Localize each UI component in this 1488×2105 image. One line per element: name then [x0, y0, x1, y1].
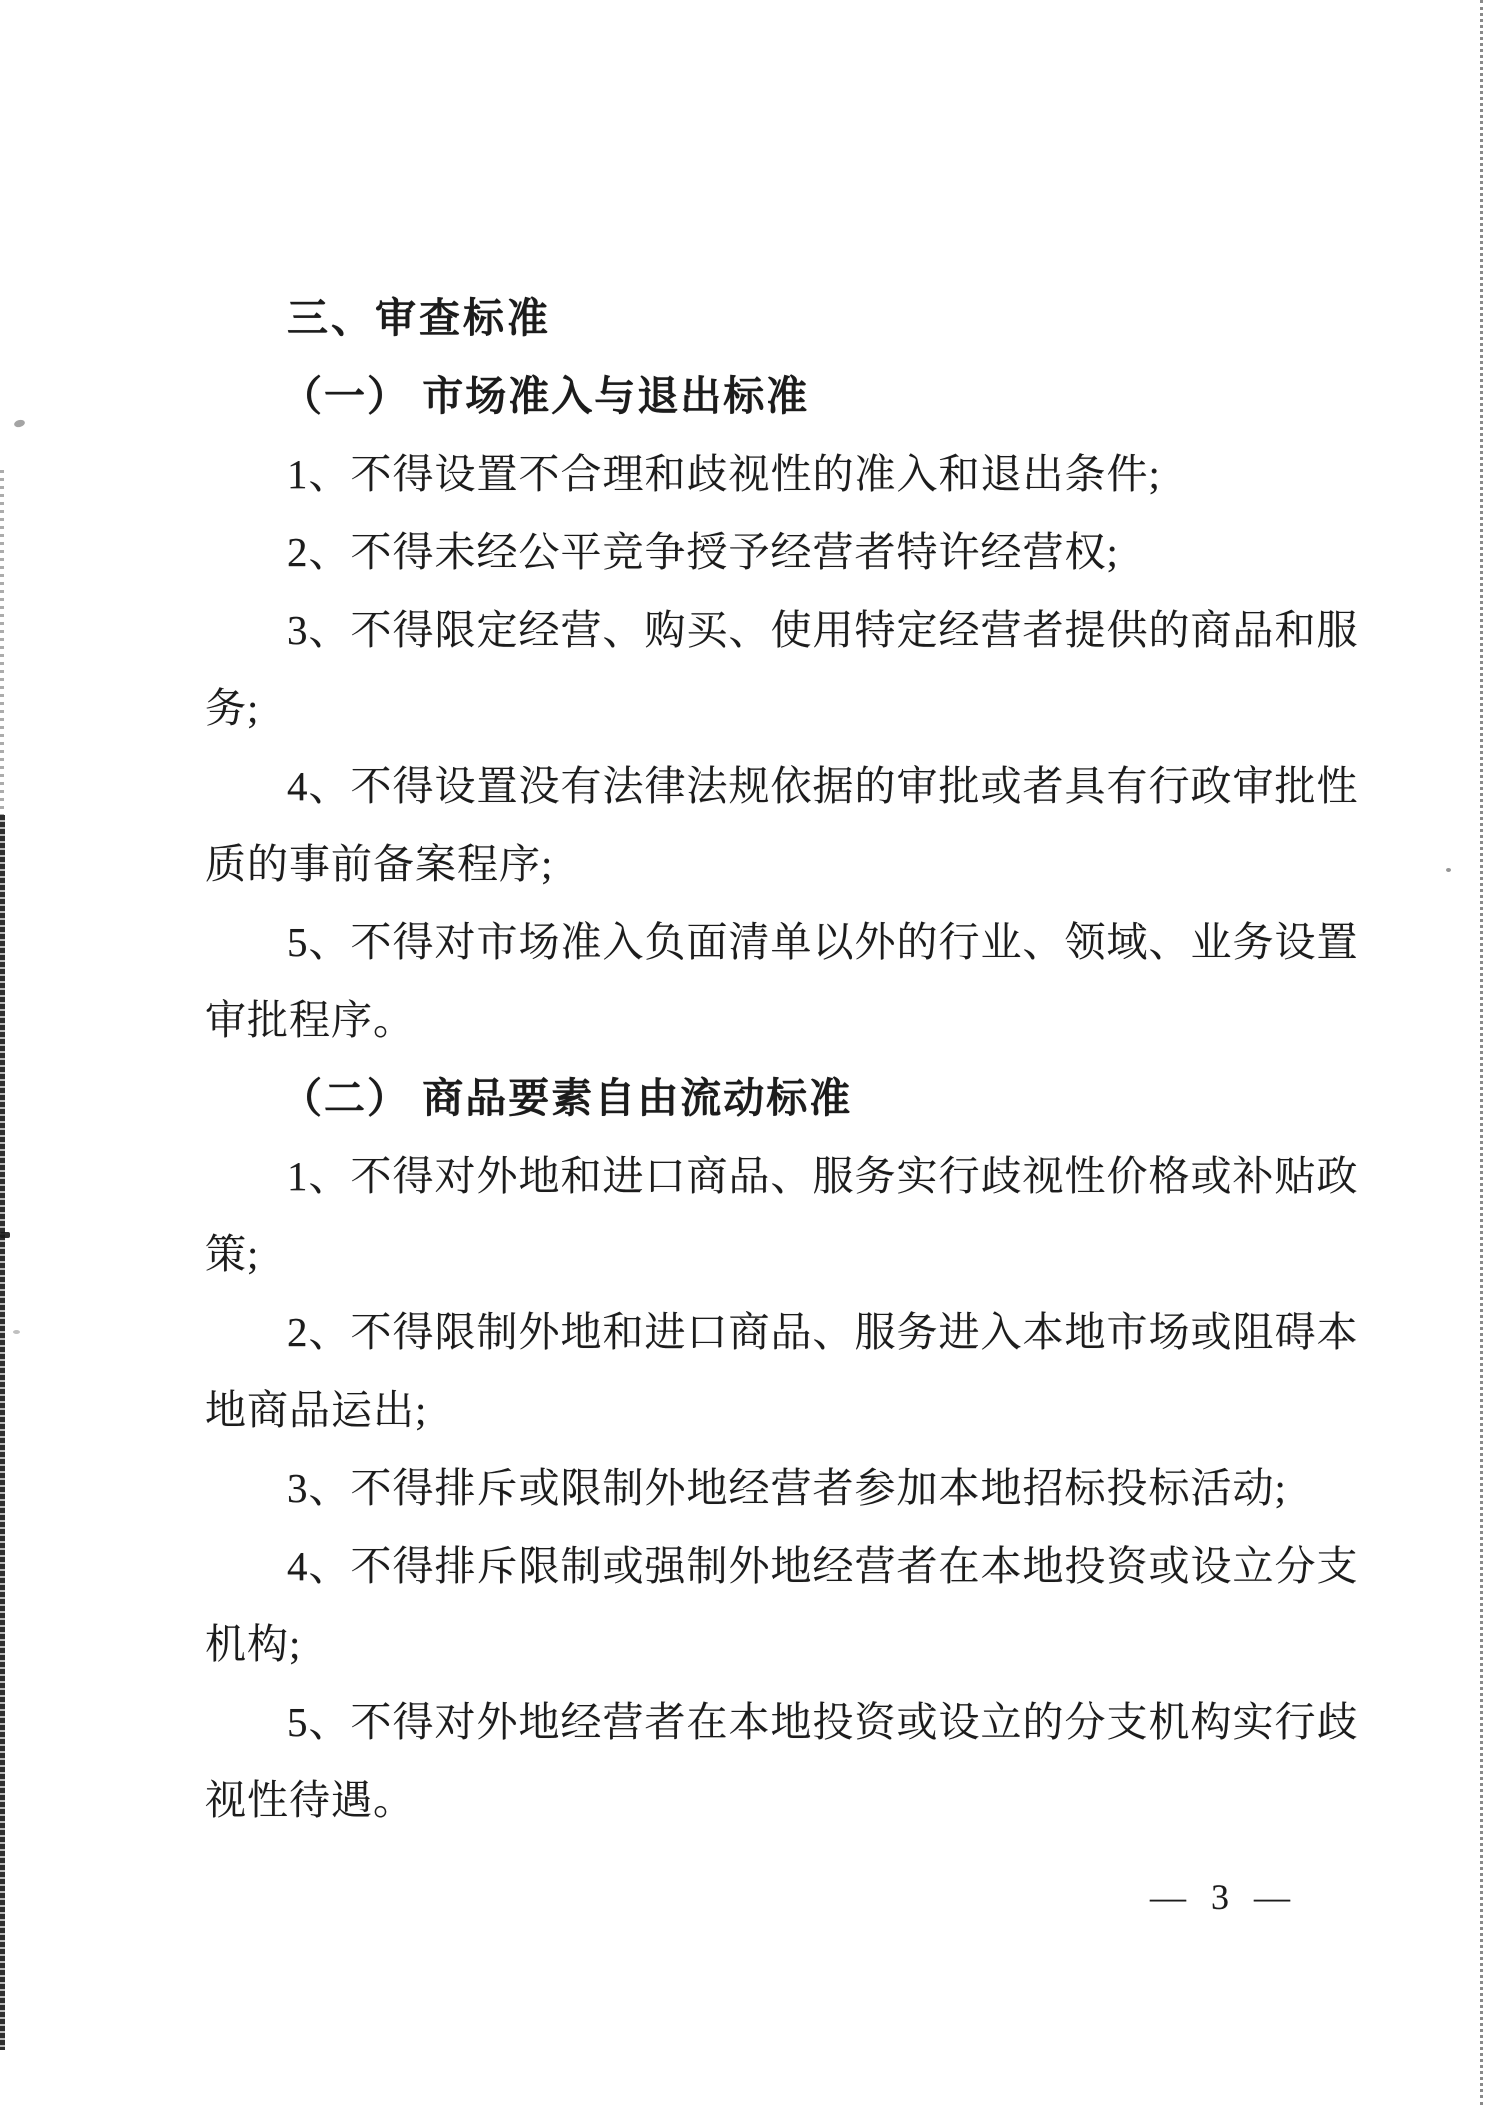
doc-line-s1-item2: 2、不得未经公平竞争授予经营者特许经营权; — [205, 513, 1365, 591]
document-text-block: 三、审查标准 （一） 市场准入与退出标准 1、不得设置不合理和歧视性的准入和退出… — [205, 279, 1365, 1839]
doc-line-s1-item4: 4、不得设置没有法律法规依据的审批或者具有行政审批性 — [205, 747, 1365, 825]
subsection-heading-2: （二） 商品要素自由流动标准 — [205, 1059, 1365, 1137]
scan-speck — [1446, 868, 1451, 872]
scan-speck — [13, 419, 25, 429]
page-number: — 3 — — [1150, 1876, 1298, 1918]
doc-line-s2-item3: 3、不得排斥或限制外地经营者参加本地招标投标活动; — [205, 1449, 1365, 1527]
doc-line-s1-item3-cont: 务; — [205, 669, 1365, 747]
scan-speck — [0, 1232, 10, 1238]
doc-line-s1-item4-cont: 质的事前备案程序; — [205, 825, 1365, 903]
doc-line-s2-item4: 4、不得排斥限制或强制外地经营者在本地投资或设立分支 — [205, 1527, 1365, 1605]
scan-artifact-left-edge-dark — [0, 815, 5, 2050]
scan-artifact-left-edge-light — [0, 470, 4, 815]
doc-line-s2-item4-cont: 机构; — [205, 1605, 1365, 1683]
doc-line-s2-item1-cont: 策; — [205, 1215, 1365, 1293]
scan-artifact-right-dotted-edge — [1480, 0, 1483, 2105]
doc-line-s2-item2-cont: 地商品运出; — [205, 1371, 1365, 1449]
doc-line-s2-item5-cont: 视性待遇。 — [205, 1761, 1365, 1839]
doc-line-s2-item2: 2、不得限制外地和进口商品、服务进入本地市场或阻碍本 — [205, 1293, 1365, 1371]
document-page: 三、审查标准 （一） 市场准入与退出标准 1、不得设置不合理和歧视性的准入和退出… — [0, 0, 1488, 2105]
doc-line-s1-item5: 5、不得对市场准入负面清单以外的行业、领域、业务设置 — [205, 903, 1365, 981]
doc-line-s1-item3: 3、不得限定经营、购买、使用特定经营者提供的商品和服 — [205, 591, 1365, 669]
subsection-heading-1: （一） 市场准入与退出标准 — [205, 357, 1365, 435]
scan-speck — [13, 1330, 20, 1334]
doc-line-s2-item5: 5、不得对外地经营者在本地投资或设立的分支机构实行歧 — [205, 1683, 1365, 1761]
doc-line-s1-item1: 1、不得设置不合理和歧视性的准入和退出条件; — [205, 435, 1365, 513]
doc-line-s1-item5-cont: 审批程序。 — [205, 981, 1365, 1059]
doc-line-s2-item1: 1、不得对外地和进口商品、服务实行歧视性价格或补贴政 — [205, 1137, 1365, 1215]
section-heading: 三、审查标准 — [205, 279, 1365, 357]
